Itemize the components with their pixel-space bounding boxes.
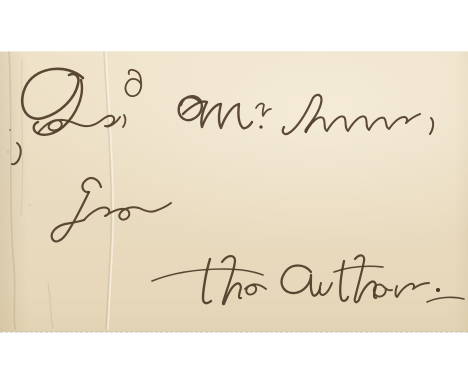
transcription: Revd. Mr. Jenner, from the Author. <box>0 0 1 1</box>
transcription-line-1: Revd. Mr. Jenner, <box>0 0 1 1</box>
page-divider-dashed <box>0 332 468 333</box>
paper <box>0 51 468 332</box>
inscription-photo: Revd. Mr. Jenner, from the Author. <box>0 0 468 382</box>
